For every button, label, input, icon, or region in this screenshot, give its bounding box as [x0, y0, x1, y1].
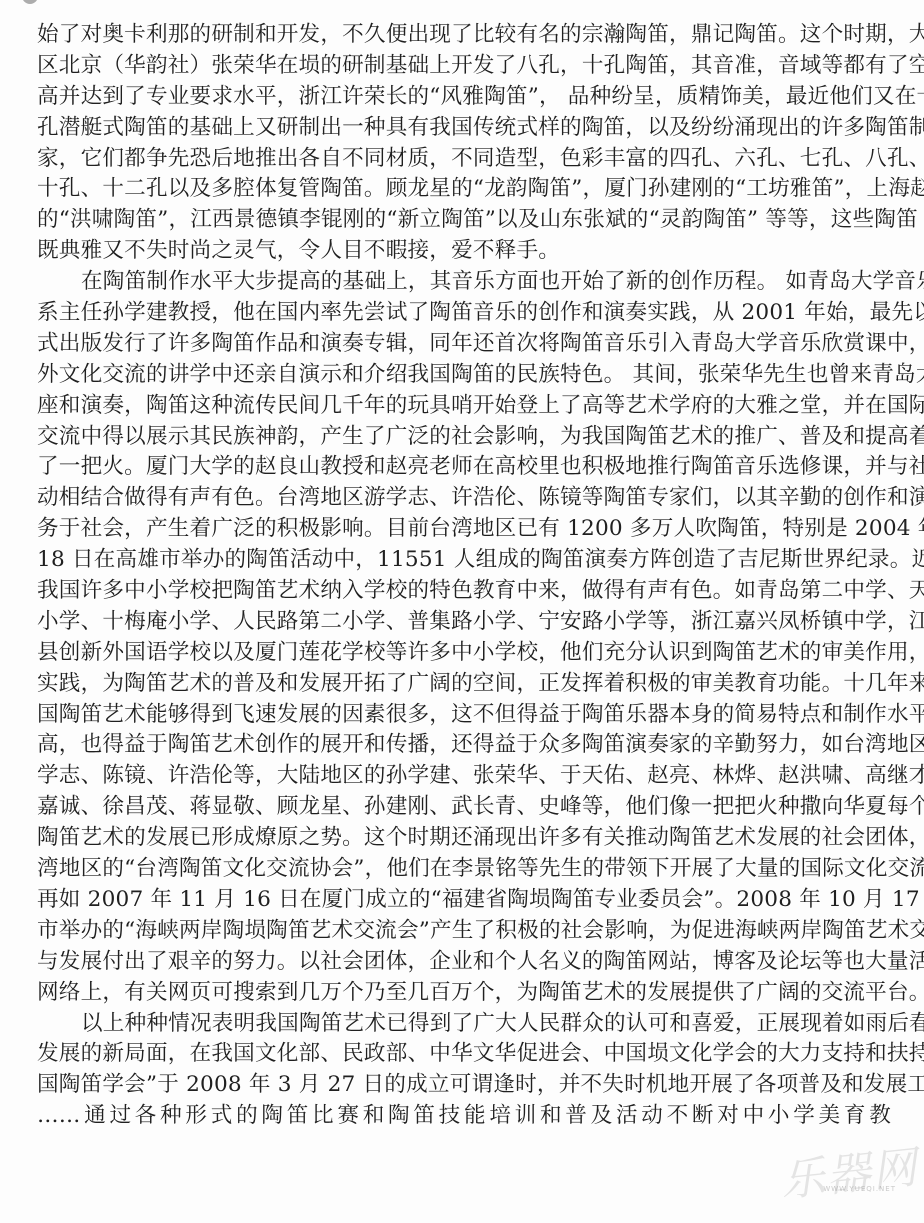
- text-line: 孔潜艇式陶笛的基础上又研制出一种具有我国传统式样的陶笛，以及纷纷涌现出的许多陶笛…: [37, 113, 891, 144]
- text-line: 高，也得益于陶笛艺术创作的展开和传播，还得益于众多陶笛演奏家的辛勤努力，如台湾地…: [37, 730, 891, 761]
- text-line: 始了对奥卡利那的研制和开发，不久便出现了比较有名的宗瀚陶笛，鼎记陶笛。这个时期，…: [37, 20, 891, 51]
- text-line: 湾地区的“台湾陶笛文化交流协会”，他们在李景铭等先生的带领下开展了大量的国际文化…: [37, 854, 891, 885]
- text-line: 我国许多中小学校把陶笛艺术纳入学校的特色教育中来，做得有声有色。如青岛第二中学、…: [37, 576, 891, 607]
- paragraph-3: 以上种种情况表明我国陶笛艺术已得到了广大人民群众的认可和喜爱，正展现着如雨后春笋…: [37, 1009, 891, 1133]
- text-line: 陶笛艺术的发展已形成燎原之势。这个时期还涌现出许多有关推动陶笛艺术发展的社会团体…: [37, 823, 891, 854]
- text-line: 的“洪啸陶笛”，江西景德镇李锟刚的“新立陶笛”以及山东张斌的“灵韵陶笛” 等等，…: [37, 205, 891, 236]
- text-line: 座和演奏，陶笛这种流传民间几千年的玩具哨开始登上了高等艺术学府的大雅之堂，并在国…: [37, 391, 891, 422]
- text-line: 学志、陈镜、许浩伦等，大陆地区的孙学建、张荣华、于天佑、赵亮、林烨、赵洪啸、高继…: [37, 761, 891, 792]
- text-line: 十孔、十二孔以及多腔体复管陶笛。顾龙星的“龙韵陶笛”，厦门孙建刚的“工坊雅笛”，…: [37, 174, 891, 205]
- paragraph-1: 始了对奥卡利那的研制和开发，不久便出现了比较有名的宗瀚陶笛，鼎记陶笛。这个时期，…: [37, 20, 891, 267]
- text-line: ……通过各种形式的陶笛比赛和陶笛技能培训和普及活动不断对中小学美育教: [37, 1101, 891, 1132]
- text-line: 了一把火。厦门大学的赵良山教授和赵亮老师在高校里也积极地推行陶笛音乐选修课，并与…: [37, 452, 891, 483]
- text-line: 市举办的“海峡两岸陶埙陶笛艺术交流会”产生了积极的社会影响，为促进海峡两岸陶笛艺…: [37, 916, 891, 947]
- text-line: 实践，为陶笛艺术的普及和发展开拓了广阔的空间，正发挥着积极的审美教育功能。十几年…: [37, 669, 891, 700]
- text-line: 嘉诚、徐昌茂、蒋显敬、顾龙星、孙建刚、武长青、史峰等，他们像一把把火种撒向华夏每…: [37, 792, 891, 823]
- paragraph-2: 在陶笛制作水平大步提高的基础上，其音乐方面也开始了新的创作历程。 如青岛大学音乐…: [37, 267, 891, 1008]
- page-corner-mark: [22, 0, 38, 4]
- text-line: 系主任孙学建教授，他在国内率先尝试了陶笛音乐的创作和演奏实践，从 2001 年始…: [37, 298, 891, 329]
- text-line: 县创新外国语学校以及厦门莲花学校等许多中小学校，他们充分认识到陶笛艺术的审美作用…: [37, 638, 891, 669]
- text-line: 高并达到了专业要求水平，浙江许荣长的“风雅陶笛”， 品种纷呈，质精饰美，最近他们…: [37, 82, 891, 113]
- text-line: 区北京（华韵社）张荣华在埙的研制基础上开发了八孔，十孔陶笛，其音准，音域等都有了…: [37, 51, 891, 82]
- text-line: 以上种种情况表明我国陶笛艺术已得到了广大人民群众的认可和喜爱，正展现着如雨后春笋…: [37, 1009, 891, 1040]
- text-line: 动相结合做得有声有色。台湾地区游学志、许浩伦、陈镜等陶笛专家们，以其辛勤的创作和…: [37, 483, 891, 514]
- text-line: 式出版发行了许多陶笛作品和演奏专辑，同年还首次将陶笛音乐引入青岛大学音乐欣赏课中…: [37, 329, 891, 360]
- watermark-url: WWW.YUEQI.NET: [823, 1185, 896, 1193]
- text-line: 务于社会，产生着广泛的积极影响。目前台湾地区已有 1200 多万人吹陶笛，特别是…: [37, 514, 891, 545]
- text-line: 网络上，有关网页可搜索到几万个乃至几百万个，为陶笛艺术的发展提供了广阔的交流平台…: [37, 978, 891, 1009]
- text-line: 18 日在高雄市举办的陶笛活动中，11551 人组成的陶笛演奏方阵创造了吉尼斯世…: [37, 545, 891, 576]
- text-line: 国陶笛学会”于 2008 年 3 月 27 日的成立可谓逢时，并不失时机地开展了…: [37, 1070, 891, 1101]
- text-line: 国陶笛艺术能够得到飞速发展的因素很多，这不但得益于陶笛乐器本身的简易特点和制作水…: [37, 700, 891, 731]
- text-line: 发展的新局面，在我国文化部、民政部、中华文华促进会、中国埙文化学会的大力支持和扶…: [37, 1039, 891, 1070]
- text-line: 交流中得以展示其民族神韵，产生了广泛的社会影响，为我国陶笛艺术的推广、普及和提高…: [37, 422, 891, 453]
- text-line: 在陶笛制作水平大步提高的基础上，其音乐方面也开始了新的创作历程。 如青岛大学音乐…: [37, 267, 891, 298]
- text-line: 既典雅又不失时尚之灵气，令人目不暇接，爱不释手。: [37, 236, 891, 267]
- watermark-logo: 乐器网: [777, 1131, 921, 1209]
- body-text: 始了对奥卡利那的研制和开发，不久便出现了比较有名的宗瀚陶笛，鼎记陶笛。这个时期，…: [37, 20, 891, 1132]
- text-line: 家，它们都争先恐后地推出各自不同材质，不同造型，色彩丰富的四孔、六孔、七孔、八孔…: [37, 144, 891, 175]
- text-line: 小学、十梅庵小学、人民路第二小学、普集路小学、宁安路小学等，浙江嘉兴凤桥镇中学，…: [37, 607, 891, 638]
- text-line: 与发展付出了艰辛的努力。以社会团体，企业和个人名义的陶笛网站，博客及论坛等也大量…: [37, 947, 891, 978]
- text-line: 再如 2007 年 11 月 16 日在厦门成立的“福建省陶埙陶笛专业委员会”。…: [37, 885, 891, 916]
- text-line: 外文化交流的讲学中还亲自演示和介绍我国陶笛的民族特色。 其间，张荣华先生也曾来青…: [37, 360, 891, 391]
- scanned-page: 始了对奥卡利那的研制和开发，不久便出现了比较有名的宗瀚陶笛，鼎记陶笛。这个时期，…: [0, 0, 924, 1223]
